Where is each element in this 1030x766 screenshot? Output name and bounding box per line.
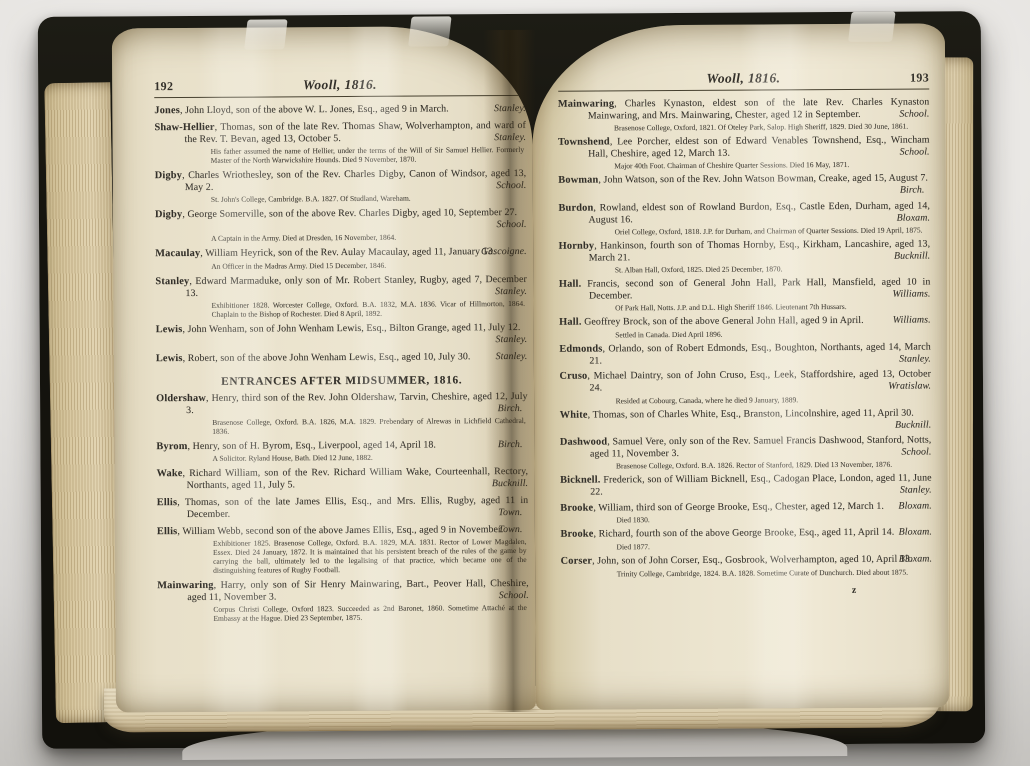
entry-footnote: An Officer in the Madras Army. Died 15 D… [155,260,527,271]
register-entry: Lewis, Robert, son of the above John Wen… [156,351,528,365]
entry-house-name: Bloxam. [929,553,932,565]
entry-surname: Mainwaring [558,98,614,109]
entry-text: , Richard, fourth son of the above Georg… [593,527,894,540]
register-entry: Wake, Richard William, son of the Rev. R… [157,466,529,492]
entry-footnote: A Captain in the Army. Died at Dresden, … [155,232,527,243]
photo-of-open-book: { "photo": { "colors": { "background_gra… [0,0,1030,766]
entry-surname: Burdon [558,202,593,213]
entry-surname: Cruso [559,371,587,382]
register-entry: Hall. Geoffrey Brock, son of the above G… [559,315,931,329]
register-entry: Cruso, Michael Daintry, son of John Crus… [559,369,931,395]
entry-house-name: Stanley. [525,334,527,346]
left-page-number: 192 [154,79,198,94]
entry-house-name: Bloxam. [927,212,930,224]
entry-surname: Dashwood [560,437,607,448]
register-entry: White, Thomas, son of Charles White, Esq… [560,407,932,433]
entry-surname: Bowman [558,175,598,186]
register-entry: Byrom, Henry, son of H. Byrom, Esq., Liv… [156,439,528,453]
entry-house-name: Stanley. [930,485,932,497]
entry-text: , Charles Kynaston, eldest son of the la… [588,96,929,121]
entry-text: , William Heyrick, son of the Rev. Aulay… [200,247,495,260]
register-entry: Burdon, Rowland, eldest son of Rowland B… [558,200,930,226]
entry-footnote: Resided at Cobourg, Canada, where he die… [560,394,932,405]
entry-footnote: Died 1877. [560,540,932,551]
entry-text: , Thomas, son of the late James Ellis, E… [177,495,528,520]
entry-footnote: Exhibitioner 1825. Brasenose College, Ox… [157,537,529,575]
entry-footnote: St. Alban Hall, Oxford, 1825. Died 25 De… [559,264,931,275]
entry-footnote: Brasenose College, Oxford. B.A. 1826, M.… [156,416,528,436]
entry-surname: Brooke [560,529,593,540]
section-heading: ENTRANCES AFTER MIDSUMMER, 1816. [156,374,528,388]
entry-text: Francis, second son of General John Hall… [581,277,930,302]
entry-house-name: Bucknill. [925,419,931,431]
tissue-guard [408,16,451,46]
left-page-header: 192 Wooll, 1816. [154,76,526,98]
entry-footnote: A Solicitor. Ryland House, Bath. Died 12… [156,452,528,463]
entry-house-name: Williams. [923,315,931,327]
entry-surname: Hornby [559,240,595,251]
entry-text: , Orlando, son of Robert Edmonds, Esq., … [589,341,930,366]
entry-surname: Hall. [559,279,582,290]
entry-house-name: Stanley. [526,351,528,363]
entry-house-name: Stanley. [525,286,527,298]
entry-surname: Ellis [157,497,178,508]
entry-surname: Mainwaring [157,580,213,591]
register-entry: Stanley, Edward Marmaduke, only son of M… [155,274,527,300]
register-entry: Mainwaring, Charles Kynaston, eldest son… [558,96,930,122]
entry-text: , George Somerville, son of the above Re… [182,207,517,220]
entry-house-name: Bucknill. [924,250,930,262]
entry-text: , Charles Wriothesley, son of the Rev. C… [182,168,526,193]
left-entries-column: Jones, John Lloyd, son of the above W. L… [154,103,529,624]
entry-house-name: Stanley. [524,103,526,115]
register-entry: Edmonds, Orlando, son of Robert Edmonds,… [559,341,931,367]
entry-footnote: Settled in Canada. Died April 1896. [559,328,931,339]
register-entry: Ellis, Thomas, son of the late James Ell… [157,495,529,521]
register-entry: Bicknell. Frederick, son of William Bick… [560,473,932,499]
entry-surname: Lewis [156,353,183,364]
entry-text: , William Webb, second son of the above … [177,524,503,537]
entry-surname: Shaw-Hellier [154,122,214,133]
entry-surname: Corser [561,556,593,567]
entry-text: , John Lloyd, son of the above W. L. Jon… [180,103,449,116]
entry-text: , Thomas, son of the late Rev. Thomas Sh… [184,120,525,145]
entry-surname: Bicknell. [560,475,600,486]
entry-house-name: Stanley. [929,353,931,365]
right-page-number: 193 [885,70,929,85]
entry-surname: Wake [157,468,183,479]
entry-surname: Oldershaw [156,393,206,404]
entry-footnote: Brasenose College, Oxford. B.A. 1826. Re… [560,460,932,471]
entry-text: , Michael Daintry, son of John Cruso, Es… [587,369,931,394]
register-entry: Digby, George Somerville, son of the abo… [155,207,527,233]
entry-house-name: Williams. [923,289,931,301]
entry-text: , John, son of John Corser, Esq., Gosbro… [592,554,912,567]
signature-mark: z [561,584,933,597]
entry-text: , Samuel Vere, only son of the Rev. Samu… [590,435,931,460]
entry-surname: Macaulay [155,248,200,259]
entry-text: Frederick, son of William Bicknell, Esq.… [590,473,931,498]
entry-text: , William, third son of George Brooke, E… [593,501,884,514]
register-entry: Bowman, John Watson, son of the Rev. Joh… [558,173,930,199]
page-stack-left-edge [44,82,122,723]
entry-text: , John Watson, son of the Rev. John Wats… [598,173,928,186]
entry-text: , Hankinson, fourth son of Thomas Hornby… [589,238,930,263]
entry-house-name: Stanley. [524,132,526,144]
entry-surname: Byrom [156,441,187,452]
register-entry: Hall. Francis, second son of General Joh… [559,277,931,303]
entry-surname: Brooke [560,502,593,513]
entry-surname: Hall. [559,317,582,328]
register-entry: Digby, Charles Wriothesley, son of the R… [155,168,527,194]
entry-text: , Robert, son of the above John Wenham L… [183,351,471,364]
register-entry: Corser, John, son of John Corser, Esq., … [561,553,933,567]
entry-text: , Thomas, son of Charles White, Esq., Br… [588,407,914,420]
entry-footnote: Of Park Hall, Notts. J.P. and D.L. High … [559,302,931,313]
entry-text: , Lee Porcher, eldest son of Edward Vena… [588,135,929,160]
entry-surname: White [560,409,588,420]
tissue-guard [244,19,287,49]
entry-footnote: Died 1830. [560,514,932,525]
entry-footnote: St. John's College, Cambridge. B.A. 1827… [155,193,527,204]
entry-footnote: Major 40th Foot. Chairman of Cheshire Qu… [558,160,930,171]
entry-surname: Digby [155,209,182,220]
entry-footnote: Trinity College, Cambridge, 1824. B.A. 1… [561,567,933,578]
register-entry: Macaulay, William Heyrick, son of the Re… [155,246,527,260]
right-running-head: Wooll, 1816. [602,70,886,88]
entry-text: , Edward Marmaduke, only son of Mr. Robe… [185,274,526,299]
entry-surname: Lewis [156,324,183,335]
register-entry: Oldershaw, Henry, third son of the Rev. … [156,391,528,417]
entry-house-name: Bloxam. [928,500,931,512]
entry-text: , John Wenham, son of John Wenham Lewis,… [182,322,520,335]
entry-house-name: Bucknill. [522,478,528,490]
register-entry: Brooke, Richard, fourth son of the above… [560,527,932,541]
left-page: 192 Wooll, 1816. Jones, John Lloyd, son … [112,26,536,713]
entry-text: Geoffrey Brock, son of the above General… [582,315,864,328]
right-entries-column: Mainwaring, Charles Kynaston, eldest son… [558,96,932,578]
entry-surname: Townshend [558,137,610,148]
entry-surname: Ellis [157,526,178,537]
entry-footnote: Brasenose College, Oxford, 1821. Of Otel… [558,122,930,133]
entry-text: , Harry, only son of Sir Henry Mainwarin… [187,578,528,603]
entry-footnote: Oriel College, Oxford, 1818. J.P. for Du… [559,225,931,236]
entry-footnote: Corpus Christi College, Oxford 1823. Suc… [157,603,529,623]
entry-text: , Richard William, son of the Rev. Richa… [183,466,529,491]
register-entry: Hornby, Hankinson, fourth son of Thomas … [559,238,931,264]
register-entry: Townshend, Lee Porcher, eldest son of Ed… [558,135,930,161]
entry-text: , Rowland, eldest son of Rowland Burdon,… [588,200,929,225]
open-pages: 192 Wooll, 1816. Jones, John Lloyd, son … [112,23,949,712]
entry-text: , Henry, son of H. Byrom, Esq., Liverpoo… [187,439,436,452]
register-entry: Mainwaring, Harry, only son of Sir Henry… [157,578,529,604]
right-page: Wooll, 1816. 193 Mainwaring, Charles Kyn… [531,23,949,710]
register-entry: Brooke, William, third son of George Bro… [560,500,932,514]
register-entry: Lewis, John Wenham, son of John Wenham L… [156,322,528,348]
entry-house-name: Bloxam. [929,527,932,539]
right-page-header: Wooll, 1816. 193 [558,69,930,91]
entry-house-name: Gascoigne. [511,246,527,258]
entry-text: , Henry, third son of the Rev. John Olde… [186,391,527,416]
entry-surname: Jones [154,105,180,116]
entry-surname: Edmonds [559,343,602,354]
entry-footnote: Exhibitioner 1828. Worcester College, Ox… [156,299,528,319]
entry-surname: Stanley [155,276,189,287]
register-entry: Jones, John Lloyd, son of the above W. L… [154,103,526,117]
open-book: 192 Wooll, 1816. Jones, John Lloyd, son … [28,3,998,761]
entry-house-name: Wratislaw. [918,381,931,393]
register-entry: Shaw-Hellier, Thomas, son of the late Re… [154,120,526,146]
left-running-head: Wooll, 1816. [198,76,482,94]
register-entry: Dashwood, Samuel Vere, only son of the R… [560,435,932,461]
entry-footnote: His father assumed the name of Hellier, … [155,145,527,165]
tissue-guard [848,12,895,42]
entry-surname: Digby [155,170,182,181]
register-entry: Ellis, William Webb, second son of the a… [157,524,529,538]
